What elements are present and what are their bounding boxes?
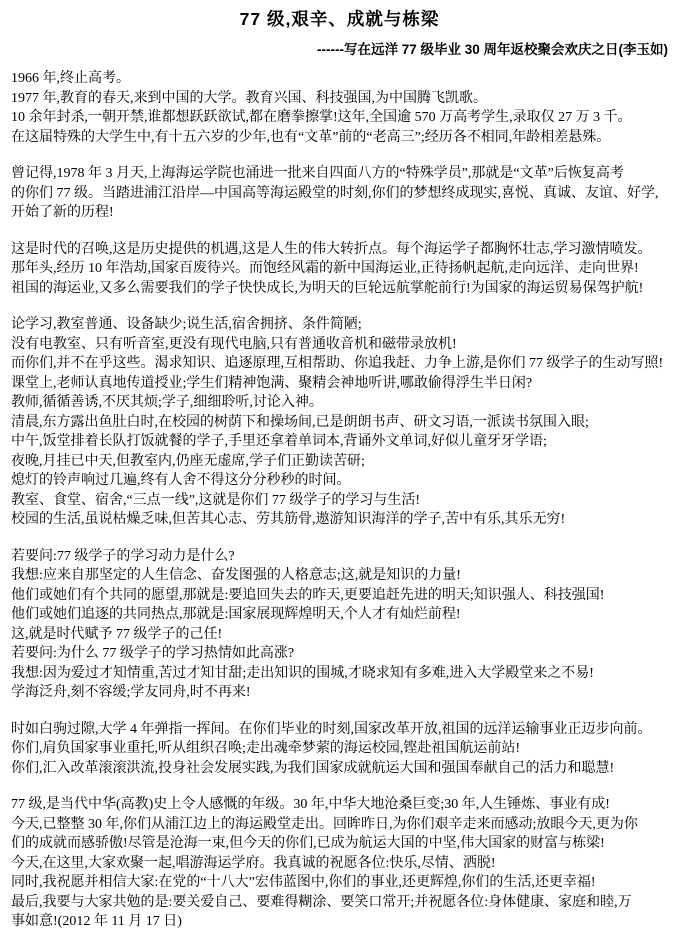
- paragraph: 曾记得,1978 年 3 月天,上海海运学院也涌进一批来自四面八方的“特殊学员”…: [11, 164, 668, 223]
- text-line: 你们,肩负国家事业重托,听从组织召唤;走出魂牵梦萦的海运校园,铿赴祖国航运前站!: [11, 739, 668, 759]
- text-line: 学海泛舟,刻不容缓;学友同舟,时不再来!: [11, 683, 668, 703]
- document-subtitle: ------写在远洋 77 级毕业 30 周年返校聚会欢庆之日(李玉如): [11, 40, 668, 60]
- paragraph: 77 级,是当代中华(高教)史上令人感慨的年级。30 年,中华大地沧桑巨变;30…: [11, 795, 668, 929]
- document-title: 77 级,艰辛、成就与栋梁: [11, 7, 668, 31]
- text-line: 教师,循循善诱,不厌其烦;学子,细细聆听,讨论入神。: [11, 393, 668, 413]
- text-line: 他们或她们追逐的共同热点,那就是:国家展现辉煌明天,个人才有灿烂前程!: [11, 605, 668, 625]
- paragraph: 这是时代的召唤,这是历史提供的机遇,这是人生的伟大转折点。每个海运学子都胸怀壮志…: [11, 240, 668, 299]
- text-line: 教室、食堂、宿舍,“三点一线”,这就是你们 77 级学子的学习与生活!: [11, 491, 668, 511]
- text-line: 若要问:77 级学子的学习动力是什么?: [11, 547, 668, 567]
- text-line: 曾记得,1978 年 3 月天,上海海运学院也涌进一批来自四面八方的“特殊学员”…: [11, 164, 668, 184]
- text-line: 校园的生活,虽说枯燥乏味,但苦其心志、劳其筋骨,遨游知识海洋的学子,苦中有乐,其…: [11, 510, 668, 530]
- text-line: 今天,已整整 30 年,你们从浦江边上的海运殿堂走出。回眸昨日,为你们艰辛走来而…: [11, 815, 668, 835]
- text-line: 中午,饭堂排着长队打饭就餐的学子,手里还拿着单词本,背诵外文单词,好似儿童牙牙学…: [11, 432, 668, 452]
- text-line: 这,就是时代赋予 77 级学子的己任!: [11, 625, 668, 645]
- text-line: 我想:因为爱过才知情重,苦过才知甘甜;走出知识的围城,才晓求知有多难,进入大学殿…: [11, 664, 668, 684]
- text-line: 们的成就而感骄傲!尽管是沧海一束,但今天的你们,已成为航运大国的中坚,伟大国家的…: [11, 834, 668, 854]
- paragraph: 若要问:77 级学子的学习动力是什么?我想:应来自那坚定的人生信念、奋发图强的人…: [11, 547, 668, 703]
- text-line: 最后,我要与大家共勉的是:要关爱自己、要难得糊涂、要笑口常开;并祝愿各位:身体健…: [11, 893, 668, 913]
- text-line: 10 余年封杀,一朝开禁,谁都想跃跃欲试,都在磨拳擦掌!这年,全国逾 570 万…: [11, 108, 668, 128]
- text-line: 1966 年,终止高考。: [11, 69, 668, 89]
- text-line: 开始了新的历程!: [11, 203, 668, 223]
- text-line: 1977 年,教育的春天,来到中国的大学。教育兴国、科技强国,为中国腾飞凯歌。: [11, 89, 668, 109]
- text-line: 今天,在这里,大家欢聚一起,唱游海运学府。我真诚的祝愿各位:快乐,尽情、洒脱!: [11, 854, 668, 874]
- text-line: 我想:应来自那坚定的人生信念、奋发图强的人格意志;这,就是知识的力量!: [11, 566, 668, 586]
- text-line: 他们或她们有个共同的愿望,那就是:要追回失去的昨天,更要追赶先进的明天;知识强人…: [11, 586, 668, 606]
- document-body: 1966 年,终止高考。1977 年,教育的春天,来到中国的大学。教育兴国、科技…: [11, 69, 668, 929]
- paragraph: 1966 年,终止高考。1977 年,教育的春天,来到中国的大学。教育兴国、科技…: [11, 69, 668, 147]
- text-line: 事如意!(2012 年 11 月 17 日): [11, 912, 668, 929]
- text-line: 那年头,经历 10 年浩劫,国家百废待兴。而饱经风霜的新中国海运业,正待扬帆起航…: [11, 259, 668, 279]
- text-line: 的你们 77 级。当踏进浦江沿岸—中国高等海运殿堂的时刻,你们的梦想终成现实,喜…: [11, 184, 668, 204]
- text-line: 时如白驹过隙,大学 4 年弹指一挥间。在你们毕业的时刻,国家改革开放,祖国的远洋…: [11, 720, 668, 740]
- text-line: 你们,汇入改革滚滚洪流,投身社会发展实践,为我们国家成就航运大国和强国奉献自己的…: [11, 759, 668, 779]
- text-line: 祖国的海运业,又多么需要我们的学子快快成长,为明天的巨轮远航掌舵前行!为国家的海…: [11, 279, 668, 299]
- text-line: 这是时代的召唤,这是历史提供的机遇,这是人生的伟大转折点。每个海运学子都胸怀壮志…: [11, 240, 668, 260]
- text-line: 而你们,并不在乎这些。渴求知识、追逐原理,互相帮助、你追我赶、力争上游,是你们 …: [11, 354, 668, 374]
- text-line: 清晨,东方露出鱼肚白时,在校园的树荫下和操场间,已是朗朗书声、研文习语,一派读书…: [11, 413, 668, 433]
- text-line: 在这届特殊的大学生中,有十五六岁的少年,也有“文革”前的“老高三”;经历各不相同…: [11, 128, 668, 148]
- text-line: 熄灯的铃声响过几遍,终有人舍不得这分分秒秒的时间。: [11, 471, 668, 491]
- text-line: 同时,我祝愿并相信大家:在党的“十八大”宏伟蓝图中,你们的事业,还更辉煌,你们的…: [11, 873, 668, 893]
- text-line: 课堂上,老师认真地传道授业;学生们精神饱满、聚精会神地听讲,哪敢偷得浮生半日闲?: [11, 374, 668, 394]
- text-line: 若要问:为什么 77 级学子的学习热情如此高涨?: [11, 644, 668, 664]
- document-page: 77 级,艰辛、成就与栋梁 ------写在远洋 77 级毕业 30 周年返校聚…: [0, 0, 679, 929]
- text-line: 77 级,是当代中华(高教)史上令人感慨的年级。30 年,中华大地沧桑巨变;30…: [11, 795, 668, 815]
- paragraph: 时如白驹过隙,大学 4 年弹指一挥间。在你们毕业的时刻,国家改革开放,祖国的远洋…: [11, 720, 668, 779]
- text-line: 夜晚,月挂已中天,但教室内,仍座无虚席,学子们正勤读苦研;: [11, 452, 668, 472]
- text-line: 没有电教室、只有听音室,更没有现代电脑,只有普通收音机和磁带录放机!: [11, 335, 668, 355]
- text-line: 论学习,教室普通、设备缺少;说生活,宿舍拥挤、条件简陋;: [11, 315, 668, 335]
- paragraph: 论学习,教室普通、设备缺少;说生活,宿舍拥挤、条件简陋;没有电教室、只有听音室,…: [11, 315, 668, 530]
